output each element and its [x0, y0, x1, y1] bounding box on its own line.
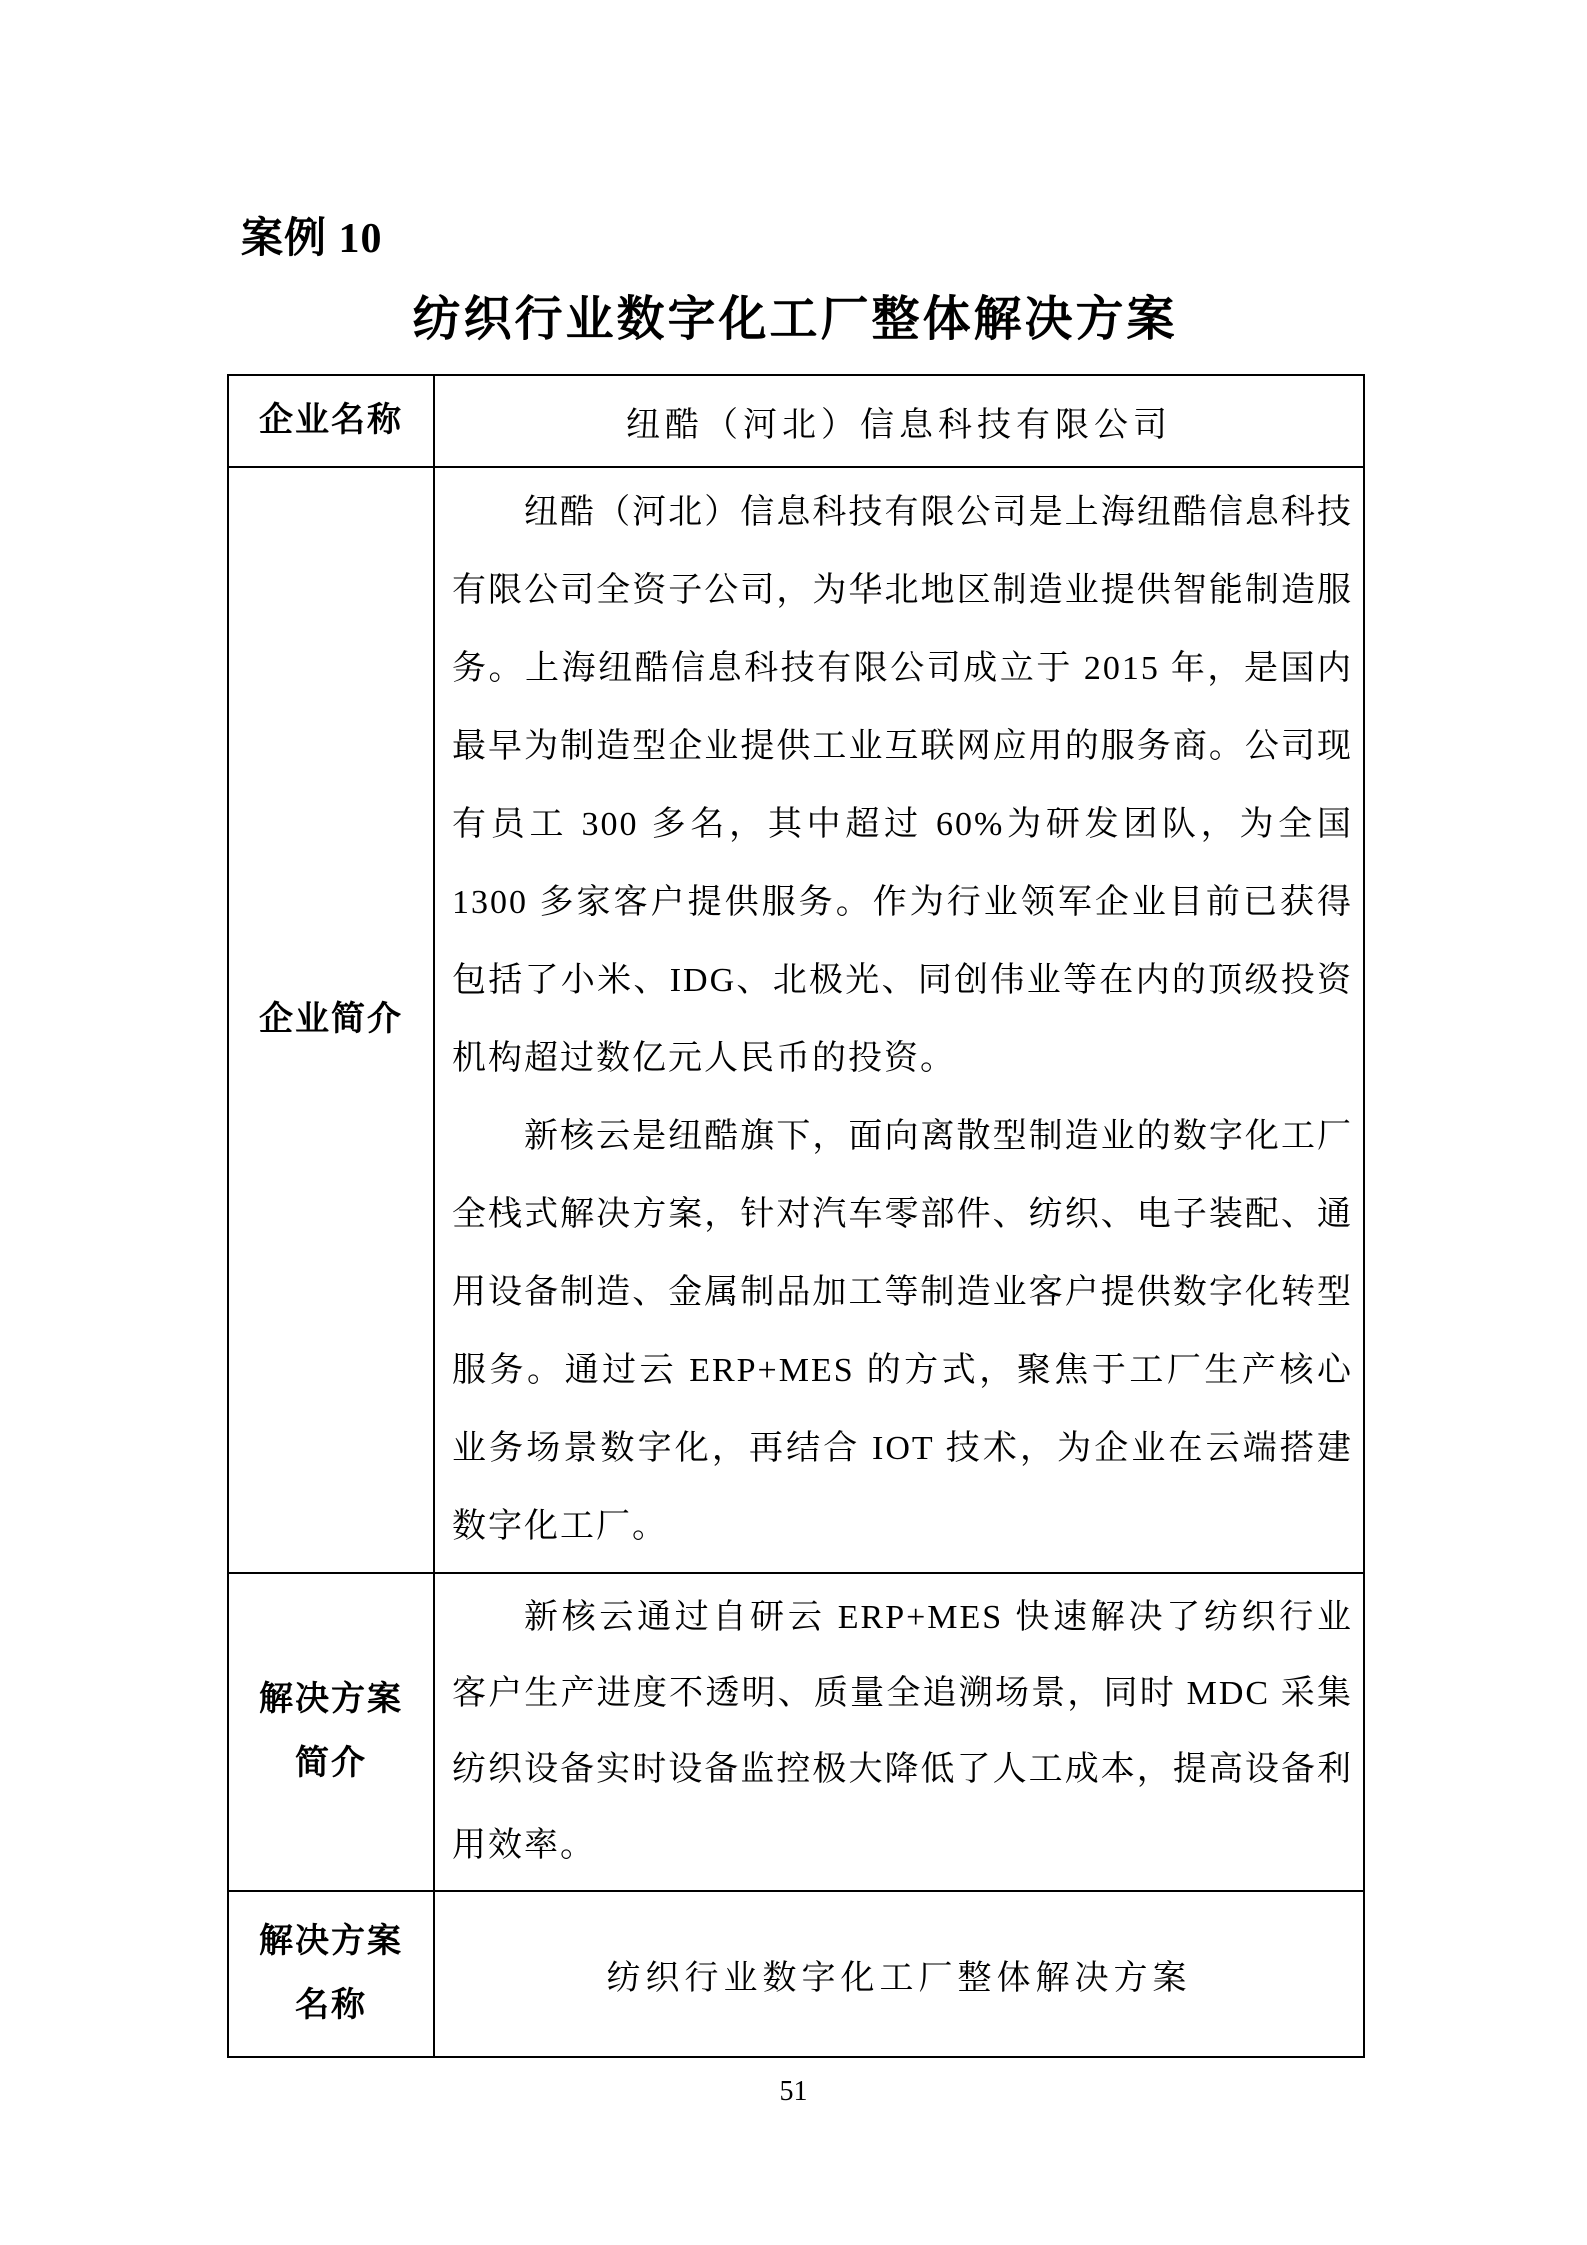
solution-profile-paragraph: 新核云通过自研云 ERP+MES 快速解决了纺织行业客户生产进度不透明、质量全追… [452, 1580, 1353, 1884]
table-row-company-name: 企业名称 纽酷（河北）信息科技有限公司 [228, 375, 1364, 467]
table-row-solution-name: 解决方案名称 纺织行业数字化工厂整体解决方案 [228, 1891, 1364, 2057]
company-profile-paragraph-2: 新核云是纽酷旗下，面向离散型制造业的数字化工厂全栈式解决方案，针对汽车零部件、纺… [452, 1098, 1353, 1566]
table-row-company-profile: 企业简介 纽酷（河北）信息科技有限公司是上海纽酷信息科技有限公司全资子公司，为华… [228, 467, 1364, 1573]
solution-name-value: 纺织行业数字化工厂整体解决方案 [434, 1891, 1364, 2057]
row-label-company-profile: 企业简介 [228, 467, 434, 1573]
company-name-value: 纽酷（河北）信息科技有限公司 [434, 375, 1364, 467]
company-profile-cell: 纽酷（河北）信息科技有限公司是上海纽酷信息科技有限公司全资子公司，为华北地区制造… [434, 467, 1364, 1573]
document-page: 案例 10 纺织行业数字化工厂整体解决方案 企业名称 纽酷（河北）信息科技有限公… [0, 0, 1587, 2245]
company-profile-paragraph-1: 纽酷（河北）信息科技有限公司是上海纽酷信息科技有限公司全资子公司，为华北地区制造… [452, 474, 1353, 1098]
case-heading: 案例 10 [241, 205, 383, 265]
solution-profile-cell: 新核云通过自研云 ERP+MES 快速解决了纺织行业客户生产进度不透明、质量全追… [434, 1573, 1364, 1891]
document-title: 纺织行业数字化工厂整体解决方案 [227, 280, 1363, 349]
table-row-solution-profile: 解决方案简介 新核云通过自研云 ERP+MES 快速解决了纺织行业客户生产进度不… [228, 1573, 1364, 1891]
solution-info-table: 企业名称 纽酷（河北）信息科技有限公司 企业简介 纽酷（河北）信息科技有限公司是… [227, 374, 1365, 2058]
row-label-solution-name: 解决方案名称 [228, 1891, 434, 2057]
page-number: 51 [0, 2076, 1587, 2108]
row-label-company-name: 企业名称 [228, 375, 434, 467]
row-label-solution-profile: 解决方案简介 [228, 1573, 434, 1891]
